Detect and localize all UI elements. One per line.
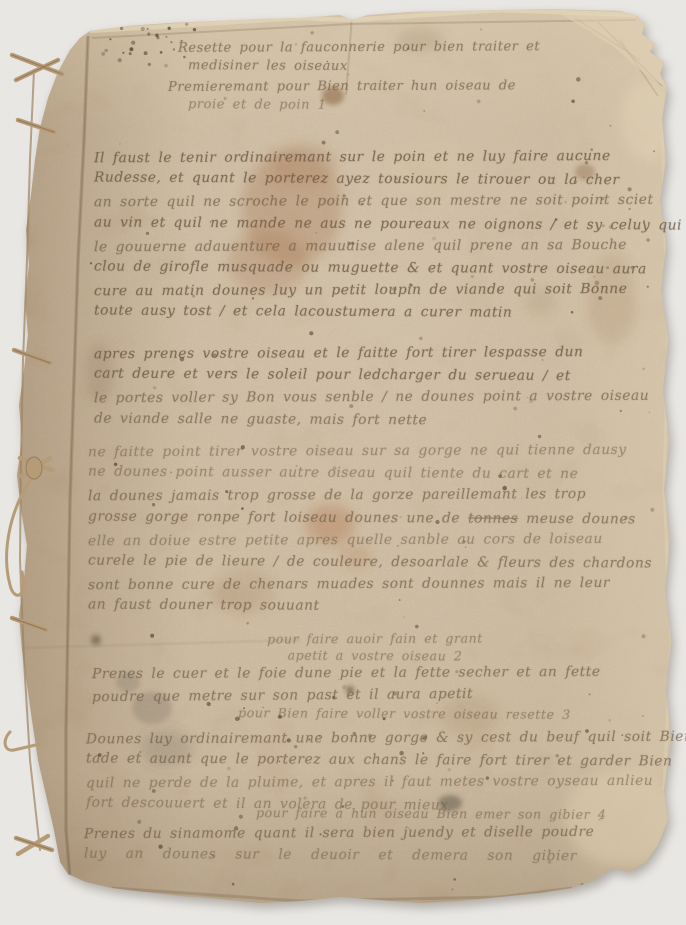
manuscript-line: Dounes luy ordinairemant une bonne gorge… — [86, 726, 686, 751]
manuscript-line: Resette pour la fauconnerie pour bien tr… — [178, 37, 540, 58]
heading-recipe-4: pour faire a hun oiseau Bien emer son gi… — [256, 806, 606, 823]
manuscript-line: au vin et quil ne mande ne aus ne pourea… — [94, 211, 682, 236]
manuscript-line: an faust douner trop souuant — [88, 594, 652, 619]
manuscript-line: elle an doiue estre petite apres quelle … — [88, 528, 652, 553]
manuscript-line: toute ausy tost / et cela lacoustumera a… — [94, 300, 682, 325]
manuscript-line: Premieremant pour Bien traiter hun oisea… — [168, 76, 540, 97]
manuscript-line: clou de girofle musquade ou muguette & e… — [94, 255, 682, 280]
manuscript-line: grosse gorge ronpe fort loiseau dounes u… — [88, 505, 652, 530]
paragraph-3: ne faitte point tirer vostre oiseau sur … — [88, 440, 652, 618]
manuscript-line: cart deure et vers le soleil pour ledcha… — [94, 363, 649, 388]
manuscript-line: an sorte quil ne scroche le poin et que … — [94, 189, 682, 214]
paragraph-6: Prenes du sinamome quant il sera bien ju… — [84, 822, 594, 866]
paragraph-2: apres prenes vostre oiseau et le faitte … — [94, 342, 649, 431]
paragraph-1: Il faust le tenir ordinairemant sur le p… — [94, 146, 682, 324]
manuscript-line: curele le pie de lieure / de couleure, d… — [88, 550, 652, 575]
manuscript-line: pour faire auoir fain et grant — [250, 630, 500, 648]
manuscript-line: Il faust le tenir ordinairemant sur le p… — [94, 145, 682, 170]
manuscript-line: luy an dounes sur le deuoir et demera so… — [84, 843, 594, 868]
manuscript-line: proie et de poin 1 — [188, 95, 540, 116]
manuscript-line: Prenes du sinamome quant il sera bien ju… — [84, 821, 594, 845]
heading-recipe-2: pour faire auoir fain et grant apetit a … — [250, 631, 500, 664]
manuscript-line: apres prenes vostre oiseau et le faitte … — [94, 341, 649, 366]
manuscript-line: medisiner les oiseaux — [188, 56, 540, 77]
paragraph-5: Dounes luy ordinairemant une bonne gorge… — [86, 727, 686, 816]
manuscript-line: sont bonne cure de chenars muades sont d… — [88, 572, 652, 597]
manuscript-line: pour Bien faire voller vostre oiseau res… — [238, 705, 571, 723]
manuscript-line: poudre que metre sur son past et il aura… — [92, 682, 601, 709]
manuscript-line: ne dounes point ausser autre oiseau quil… — [88, 461, 652, 486]
manuscript-line: le portes voller sy Bon vous senble / ne… — [94, 385, 649, 410]
manuscript-text: Resette pour la fauconnerie pour bien tr… — [0, 0, 686, 925]
manuscript-line: quil ne perde de la pluime, et apres il … — [86, 770, 686, 795]
manuscript-title: Resette pour la fauconnerie pour bien tr… — [168, 38, 540, 116]
scanned-manuscript: Resette pour la fauconnerie pour bien tr… — [0, 0, 686, 925]
manuscript-line: le gouuerne adauenture a mauuaise alene … — [94, 234, 682, 259]
manuscript-line: la dounes jamais trop grosse de la gorze… — [88, 483, 652, 508]
heading-recipe-3: pour Bien faire voller vostre oiseau res… — [238, 706, 571, 723]
manuscript-line: de viande salle ne guaste, mais fort net… — [94, 407, 649, 432]
paragraph-4: Prenes le cuer et le foie dune pie et la… — [92, 662, 601, 706]
manuscript-line: ne faitte point tirer vostre oiseau sur … — [88, 439, 652, 464]
struck-word: tonnes — [468, 510, 518, 526]
